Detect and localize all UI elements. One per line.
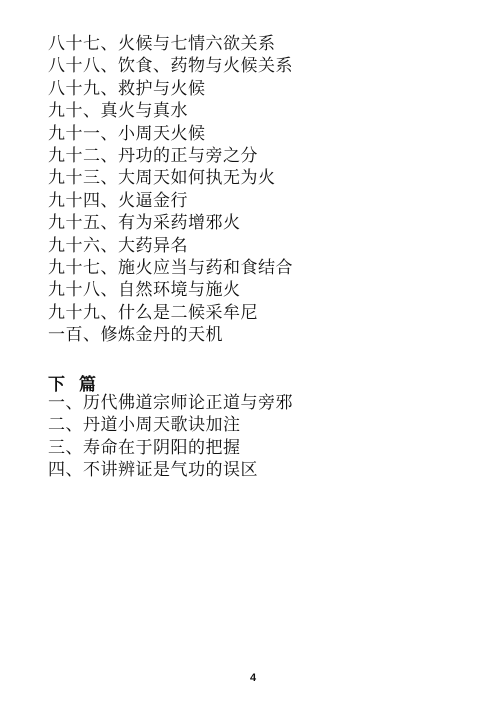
- table-of-contents-part-one: 八十七、火候与七情六欲关系 八十八、饮食、药物与火候关系 八十九、救护与火候 九…: [48, 33, 293, 346]
- toc-entry: 九十五、有为采药增邪火: [48, 212, 293, 234]
- toc-entry: 四、不讲辨证是气功的误区: [48, 459, 293, 481]
- toc-entry: 九十六、大药异名: [48, 235, 293, 257]
- toc-entry: 九十四、火逼金行: [48, 190, 293, 212]
- page-number: 4: [250, 672, 256, 684]
- toc-entry: 九十一、小周天火候: [48, 123, 293, 145]
- toc-entry: 三、寿命在于阴阳的把握: [48, 437, 293, 459]
- toc-entry: 九十七、施火应当与药和食结合: [48, 257, 293, 279]
- toc-entry: 九十九、什么是二候采牟尼: [48, 302, 293, 324]
- toc-entry: 八十八、饮食、药物与火候关系: [48, 55, 293, 77]
- toc-entry: 八十七、火候与七情六欲关系: [48, 33, 293, 55]
- toc-entry: 九十三、大周天如何执无为火: [48, 167, 293, 189]
- table-of-contents-part-two: 一、历代佛道宗师论正道与旁邪 二、丹道小周天歌诀加注 三、寿命在于阴阳的把握 四…: [48, 392, 293, 482]
- toc-entry: 二、丹道小周天歌诀加注: [48, 414, 293, 436]
- toc-entry: 九十、真火与真水: [48, 100, 293, 122]
- toc-entry: 一、历代佛道宗师论正道与旁邪: [48, 392, 293, 414]
- toc-entry: 八十九、救护与火候: [48, 78, 293, 100]
- toc-entry: 一百、修炼金丹的天机: [48, 324, 293, 346]
- toc-entry: 九十八、自然环境与施火: [48, 279, 293, 301]
- toc-entry: 九十二、丹功的正与旁之分: [48, 145, 293, 167]
